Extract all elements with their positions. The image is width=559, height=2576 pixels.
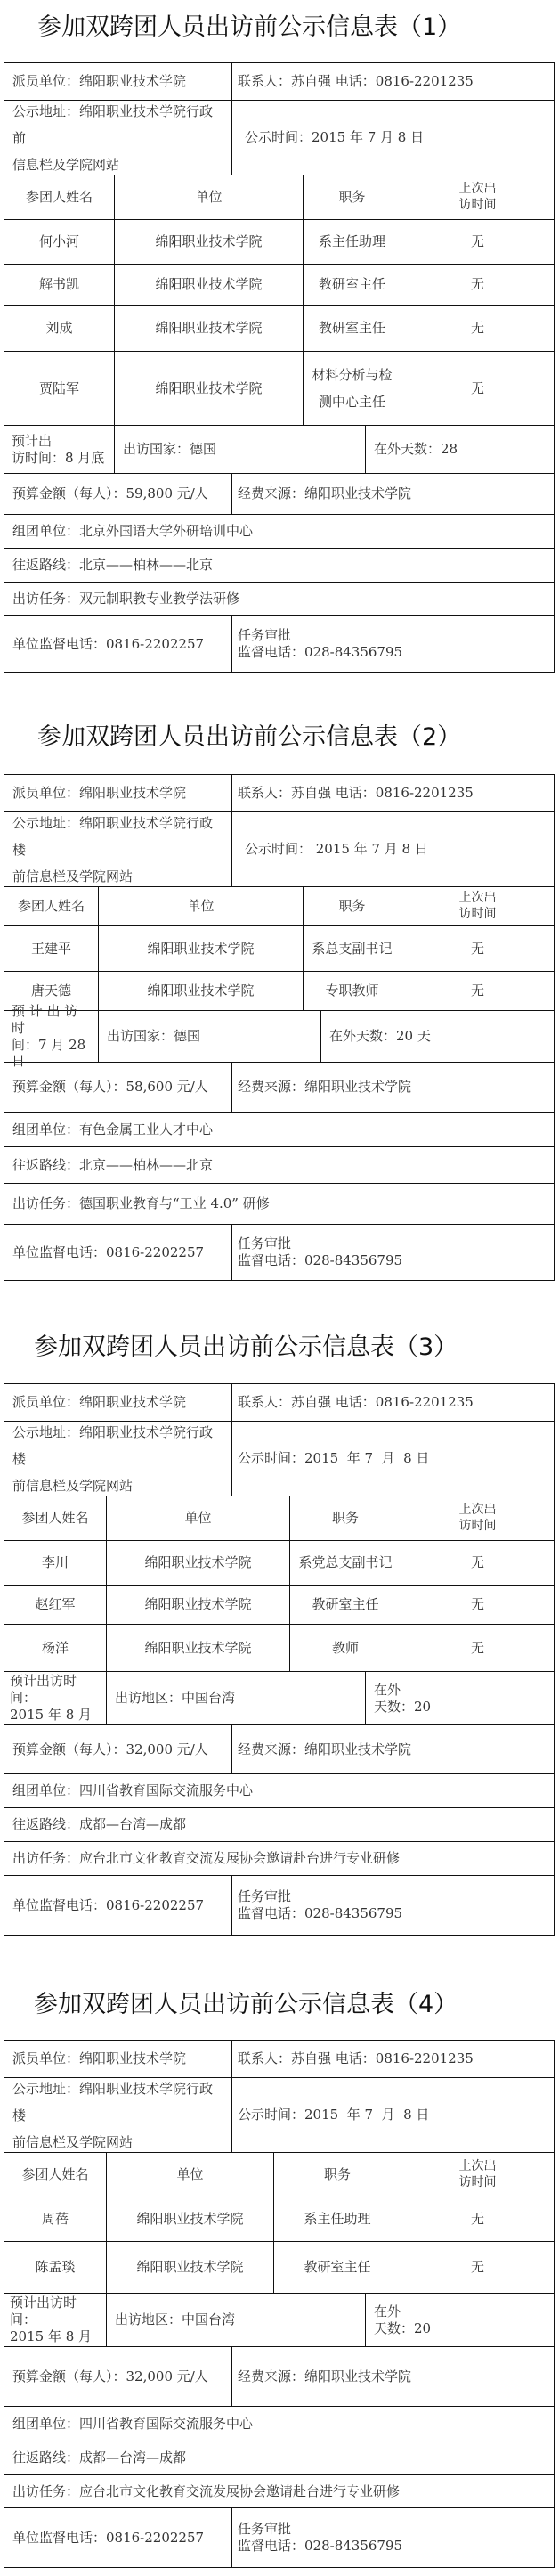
member-last-visit: 无 — [401, 352, 554, 425]
member-unit: 绵阳职业技术学院 — [99, 926, 304, 971]
header-unit: 单位 — [99, 887, 304, 925]
budget: 预算金额（每人）：59,800 元/人 — [4, 474, 232, 514]
notice-address: 公示地址：绵阳职业技术学院行政楼 前信息栏及学院网站 — [4, 2078, 232, 2152]
member-position: 系主任助理 — [274, 2197, 401, 2241]
member-name: 周蓓 — [4, 2197, 107, 2241]
member-name: 赵红军 — [4, 1586, 107, 1624]
member-last-visit: 无 — [401, 1541, 554, 1585]
unit-supervision-phone: 单位监督电话：0816-2202257 — [4, 2508, 232, 2567]
header-name: 参团人姓名 — [4, 887, 99, 925]
days-abroad-line2: 天数：20 — [374, 1699, 431, 1716]
info-table: 派员单位：绵阳职业技术学院 联系人：苏自强 电话：0816-2201235 公示… — [4, 62, 555, 673]
funding-source: 经费来源：绵阳职业技术学院 — [232, 2347, 554, 2406]
notice-address: 公示地址：绵阳职业技术学院行政楼 前信息栏及学院网站 — [4, 812, 232, 886]
header-last-visit: 上次出 访时间 — [401, 1496, 554, 1540]
member-unit: 绵阳职业技术学院 — [107, 1541, 290, 1585]
days-abroad: 在外 天数：20 — [366, 2294, 554, 2346]
notice-address: 公示地址：绵阳职业技术学院行政楼 前信息栏及学院网站 — [4, 1422, 232, 1496]
unit-supervision-phone: 单位监督电话：0816-2202257 — [4, 1225, 232, 1280]
destination: 出访国家：德国 — [99, 1011, 321, 1062]
member-last-visit: 无 — [401, 972, 554, 1010]
table-row: 贾陆军 绵阳职业技术学院 材料分析与检 测中心主任 无 — [4, 352, 554, 426]
notice-time: 公示时间：2015 年 7 月 8 日 — [232, 1422, 554, 1496]
info-table: 派员单位：绵阳职业技术学院 联系人：苏自强 电话：0816-2201235 公示… — [4, 774, 555, 1281]
organizer: 组团单位：四川省教育国际交流服务中心 — [4, 1774, 554, 1807]
approval-line1: 任务审批 — [238, 2521, 291, 2538]
approval-supervision: 任务审批 监督电话：028-84356795 — [232, 616, 554, 672]
destination: 出访地区：中国台湾 — [107, 1672, 366, 1724]
header-last-visit: 上次出 访时间 — [401, 175, 554, 219]
notice-time: 公示时间：2015 年 7 月 8 日 — [232, 101, 554, 175]
info-table: 派员单位：绵阳职业技术学院 联系人：苏自强 电话：0816-2201235 公示… — [4, 2040, 555, 2568]
budget: 预算金额（每人）：32,000 元/人 — [4, 1725, 232, 1773]
dispatch-unit: 派员单位：绵阳职业技术学院 — [4, 1384, 232, 1421]
approval-supervision: 任务审批 监督电话：028-84356795 — [232, 1225, 554, 1280]
destination: 出访国家：德国 — [115, 426, 366, 473]
notice-time: 公示时间： 2015 年 7 月 8 日 — [232, 812, 554, 886]
member-unit: 绵阳职业技术学院 — [115, 306, 304, 351]
member-last-visit: 无 — [401, 2197, 554, 2241]
route: 往返路线：成都—台湾—成都 — [4, 1808, 554, 1841]
member-unit: 绵阳职业技术学院 — [107, 1586, 290, 1624]
table-row: 刘成 绵阳职业技术学院 教研室主任 无 — [4, 306, 554, 352]
header-last-visit-line2: 访时间 — [459, 1519, 497, 1535]
member-position: 教研室主任 — [304, 306, 401, 351]
approval-line2: 监督电话：028-84356795 — [238, 1905, 402, 1922]
notice-address: 公示地址：绵阳职业技术学院行政前 信息栏及学院网站 — [4, 101, 232, 175]
dispatch-unit: 派员单位：绵阳职业技术学院 — [4, 2041, 232, 2077]
contact-info: 联系人：苏自强 电话：0816-2201235 — [232, 775, 554, 811]
planned-time: 预 计 出 访 时 间：7 月 28 日 — [4, 1011, 99, 1062]
mission: 出访任务：双元制职教专业教学法研修 — [4, 583, 554, 615]
notice-address-line2: 前信息栏及学院网站 — [12, 863, 133, 890]
member-name: 解书凯 — [4, 265, 115, 305]
planned-time-line1: 预计出访时间： — [10, 2295, 98, 2328]
member-unit: 绵阳职业技术学院 — [107, 2197, 274, 2241]
member-unit: 绵阳职业技术学院 — [115, 352, 304, 425]
funding-source: 经费来源：绵阳职业技术学院 — [232, 1063, 554, 1112]
funding-source: 经费来源：绵阳职业技术学院 — [232, 474, 554, 514]
budget: 预算金额（每人）：58,600 元/人 — [4, 1063, 232, 1112]
member-last-visit: 无 — [401, 265, 554, 305]
mission: 出访任务：德国职业教育与“工业 4.0” 研修 — [4, 1184, 554, 1224]
notice-address-line2: 前信息栏及学院网站 — [12, 1472, 133, 1499]
funding-source: 经费来源：绵阳职业技术学院 — [232, 1725, 554, 1773]
approval-line2: 监督电话：028-84356795 — [238, 1252, 402, 1269]
header-last-visit-line1: 上次出 — [459, 891, 497, 907]
header-last-visit: 上次出 访时间 — [401, 2153, 554, 2197]
table-row: 李川 绵阳职业技术学院 系党总支副书记 无 — [4, 1541, 554, 1586]
notice-address-line2: 信息栏及学院网站 — [12, 151, 119, 178]
member-name: 刘成 — [4, 306, 115, 351]
unit-supervision-phone: 单位监督电话：0816-2202257 — [4, 616, 232, 672]
planned-time-line2: 访时间：8 月底 — [12, 450, 104, 467]
member-name: 贾陆军 — [4, 352, 115, 425]
mission: 出访任务：应台北市文化教育交流发展协会邀请赴台进行专业研修 — [4, 2475, 554, 2507]
approval-supervision: 任务审批 监督电话：028-84356795 — [232, 1876, 554, 1935]
days-abroad-line1: 在外 — [374, 2303, 401, 2320]
notice-address-line2: 前信息栏及学院网站 — [12, 2129, 133, 2156]
header-name: 参团人姓名 — [4, 175, 115, 219]
budget: 预算金额（每人）：32,000 元/人 — [4, 2347, 232, 2406]
member-last-visit: 无 — [401, 220, 554, 264]
header-last-visit-line1: 上次出 — [459, 2159, 497, 2175]
planned-time-line2: 2015 年 8 月 — [10, 2328, 92, 2345]
member-position: 专职教师 — [304, 972, 401, 1010]
member-position: 教研室主任 — [274, 2242, 401, 2293]
table-title: 参加双跨团人员出访前公示信息表（2） — [0, 717, 559, 752]
member-last-visit: 无 — [401, 2242, 554, 2293]
member-position: 系主任助理 — [304, 220, 401, 264]
member-position: 系党总支副书记 — [290, 1541, 401, 1585]
route: 往返路线：北京——柏林——北京 — [4, 549, 554, 582]
organizer: 组团单位：四川省教育国际交流服务中心 — [4, 2407, 554, 2441]
header-name: 参团人姓名 — [4, 1496, 107, 1540]
planned-time-line1: 预计出 — [12, 433, 52, 450]
table-row: 王建平 绵阳职业技术学院 系总支副书记 无 — [4, 926, 554, 972]
member-name: 何小河 — [4, 220, 115, 264]
header-unit: 单位 — [115, 175, 304, 219]
table-row: 杨洋 绵阳职业技术学院 教师 无 — [4, 1625, 554, 1672]
member-position: 材料分析与检 测中心主任 — [304, 352, 401, 425]
days-abroad: 在外 天数：20 — [366, 1672, 554, 1724]
member-last-visit: 无 — [401, 1625, 554, 1671]
table-title: 参加双跨团人员出访前公示信息表（1） — [0, 7, 559, 42]
notice-address-line1: 公示地址：绵阳职业技术学院行政前 — [12, 98, 223, 151]
member-position-line2: 测中心主任 — [319, 388, 385, 415]
notice-address-line1: 公示地址：绵阳职业技术学院行政楼 — [12, 1419, 223, 1472]
contact-info: 联系人：苏自强 电话：0816-2201235 — [232, 2041, 554, 2077]
member-position-line1: 材料分析与检 — [312, 362, 392, 388]
days-abroad-line1: 在外 — [374, 1682, 401, 1699]
header-last-visit: 上次出 访时间 — [401, 887, 554, 925]
organizer: 组团单位：有色金属工业人才中心 — [4, 1113, 554, 1146]
member-position: 教研室主任 — [304, 265, 401, 305]
planned-time-line2: 2015 年 8 月 — [10, 1707, 92, 1724]
approval-line2: 监督电话：028-84356795 — [238, 644, 402, 661]
approval-line1: 任务审批 — [238, 627, 291, 644]
table-row: 陈孟琰 绵阳职业技术学院 教研室主任 无 — [4, 2242, 554, 2294]
organizer: 组团单位：北京外国语大学外研培训中心 — [4, 515, 554, 548]
days-abroad: 在外天数：28 — [366, 426, 554, 473]
member-name: 陈孟琰 — [4, 2242, 107, 2293]
header-position: 职务 — [274, 2153, 401, 2197]
header-unit: 单位 — [107, 1496, 290, 1540]
header-last-visit-line1: 上次出 — [459, 1503, 497, 1519]
approval-line1: 任务审批 — [238, 1888, 291, 1905]
planned-time: 预计出 访时间：8 月底 — [4, 426, 115, 473]
member-position: 教研室主任 — [290, 1586, 401, 1624]
approval-line2: 监督电话：028-84356795 — [238, 2538, 402, 2555]
header-last-visit-line2: 访时间 — [459, 198, 497, 214]
member-name: 王建平 — [4, 926, 99, 971]
member-position: 系总支副书记 — [304, 926, 401, 971]
member-last-visit: 无 — [401, 306, 554, 351]
member-last-visit: 无 — [401, 926, 554, 971]
member-unit: 绵阳职业技术学院 — [115, 265, 304, 305]
notice-address-line1: 公示地址：绵阳职业技术学院行政楼 — [12, 810, 223, 863]
notice-time: 公示时间：2015 年 7 月 8 日 — [232, 2078, 554, 2152]
route: 往返路线：北京——柏林——北京 — [4, 1147, 554, 1183]
table-title: 参加双跨团人员出访前公示信息表（4） — [0, 1985, 559, 2019]
header-last-visit-line1: 上次出 — [459, 182, 497, 198]
days-abroad: 在外天数：20 天 — [321, 1011, 554, 1062]
member-unit: 绵阳职业技术学院 — [99, 972, 304, 1010]
member-unit: 绵阳职业技术学院 — [115, 220, 304, 264]
contact-info: 联系人：苏自强 电话：0816-2201235 — [232, 1384, 554, 1421]
member-unit: 绵阳职业技术学院 — [107, 2242, 274, 2293]
member-last-visit: 无 — [401, 1586, 554, 1624]
table-title: 参加双跨团人员出访前公示信息表（3） — [0, 1327, 559, 1362]
table-row: 周蓓 绵阳职业技术学院 系主任助理 无 — [4, 2197, 554, 2242]
member-position: 教师 — [290, 1625, 401, 1671]
contact-info: 联系人：苏自强 电话：0816-2201235 — [232, 63, 554, 100]
member-unit: 绵阳职业技术学院 — [107, 1625, 290, 1671]
header-unit: 单位 — [107, 2153, 274, 2197]
planned-time: 预计出访时间： 2015 年 8 月 — [4, 2294, 107, 2346]
planned-time: 预计出访时间： 2015 年 8 月 — [4, 1672, 107, 1724]
member-name: 李川 — [4, 1541, 107, 1585]
planned-time-line1: 预计出访时间： — [10, 1673, 98, 1707]
route: 往返路线：成都—台湾—成都 — [4, 2441, 554, 2474]
unit-supervision-phone: 单位监督电话：0816-2202257 — [4, 1876, 232, 1935]
days-abroad-line2: 天数：20 — [374, 2320, 431, 2337]
table-row: 解书凯 绵阳职业技术学院 教研室主任 无 — [4, 265, 554, 306]
destination: 出访地区：中国台湾 — [107, 2294, 366, 2346]
header-name: 参团人姓名 — [4, 2153, 107, 2197]
header-position: 职务 — [290, 1496, 401, 1540]
info-table: 派员单位：绵阳职业技术学院 联系人：苏自强 电话：0816-2201235 公示… — [4, 1383, 555, 1936]
notice-address-line1: 公示地址：绵阳职业技术学院行政楼 — [12, 2075, 223, 2129]
table-row: 赵红军 绵阳职业技术学院 教研室主任 无 — [4, 1586, 554, 1625]
member-name: 杨洋 — [4, 1625, 107, 1671]
header-position: 职务 — [304, 887, 401, 925]
approval-line1: 任务审批 — [238, 1235, 291, 1252]
dispatch-unit: 派员单位：绵阳职业技术学院 — [4, 775, 232, 811]
approval-supervision: 任务审批 监督电话：028-84356795 — [232, 2508, 554, 2567]
mission: 出访任务：应台北市文化教育交流发展协会邀请赴台进行专业研修 — [4, 1842, 554, 1875]
header-last-visit-line2: 访时间 — [459, 907, 497, 923]
planned-time-line1: 预 计 出 访 时 — [12, 1003, 90, 1037]
header-last-visit-line2: 访时间 — [459, 2175, 497, 2191]
header-position: 职务 — [304, 175, 401, 219]
table-row: 何小河 绵阳职业技术学院 系主任助理 无 — [4, 220, 554, 265]
dispatch-unit: 派员单位：绵阳职业技术学院 — [4, 63, 232, 100]
